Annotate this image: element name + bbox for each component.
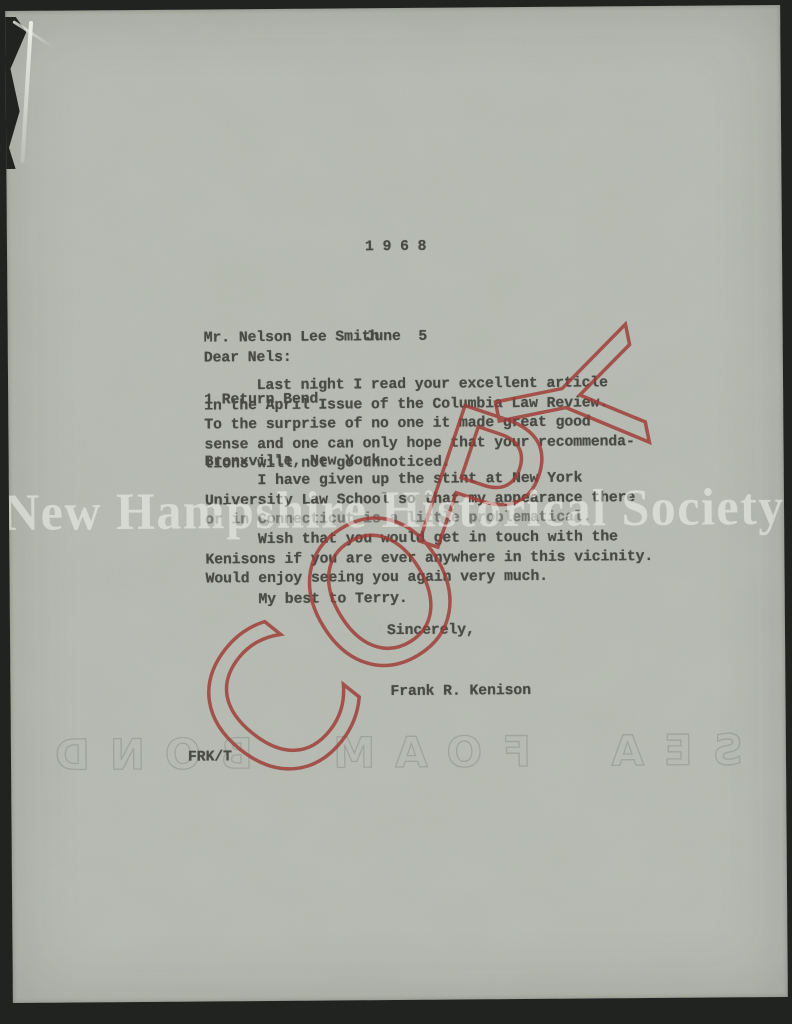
letter-text: 1 9 6 8 June 5 Mr. Nelson Lee Smith 1 Re…	[5, 5, 788, 1003]
letter-line: or in Connecticut is a little problemati…	[205, 508, 635, 531]
letter-line: I have given up the stint at New York	[205, 469, 635, 492]
typist-initials: FRK/T	[188, 748, 232, 768]
letter-line: Kenisons if you are ever anywhere in thi…	[205, 547, 653, 570]
signature-name: Frank R. Kenison	[390, 682, 531, 703]
closing: Sincerely,	[387, 621, 475, 641]
scan-backdrop: { "scan": { "description": "Black-backed…	[0, 0, 792, 1024]
letter-paragraph: My best to Terry.	[206, 590, 408, 611]
letter-line: To the surprise of no one it made great …	[204, 413, 634, 436]
letter-paragraph: Last night I read your excellent article…	[204, 374, 635, 475]
letter-line: sense and one can only hope that your re…	[204, 433, 634, 456]
letter-page: 1 9 6 8 June 5 Mr. Nelson Lee Smith 1 Re…	[5, 5, 788, 1003]
letter-body: Last night I read your excellent article…	[201, 6, 689, 1002]
letter-paragraph: Wish that you would get in touch with th…	[205, 528, 653, 590]
letter-line: Last night I read your excellent article	[204, 374, 634, 397]
letter-line: My best to Terry.	[206, 590, 408, 611]
letter-paragraph: I have given up the stint at New YorkUni…	[205, 469, 636, 531]
letter-line: Would enjoy seeing you again very much.	[206, 567, 654, 590]
